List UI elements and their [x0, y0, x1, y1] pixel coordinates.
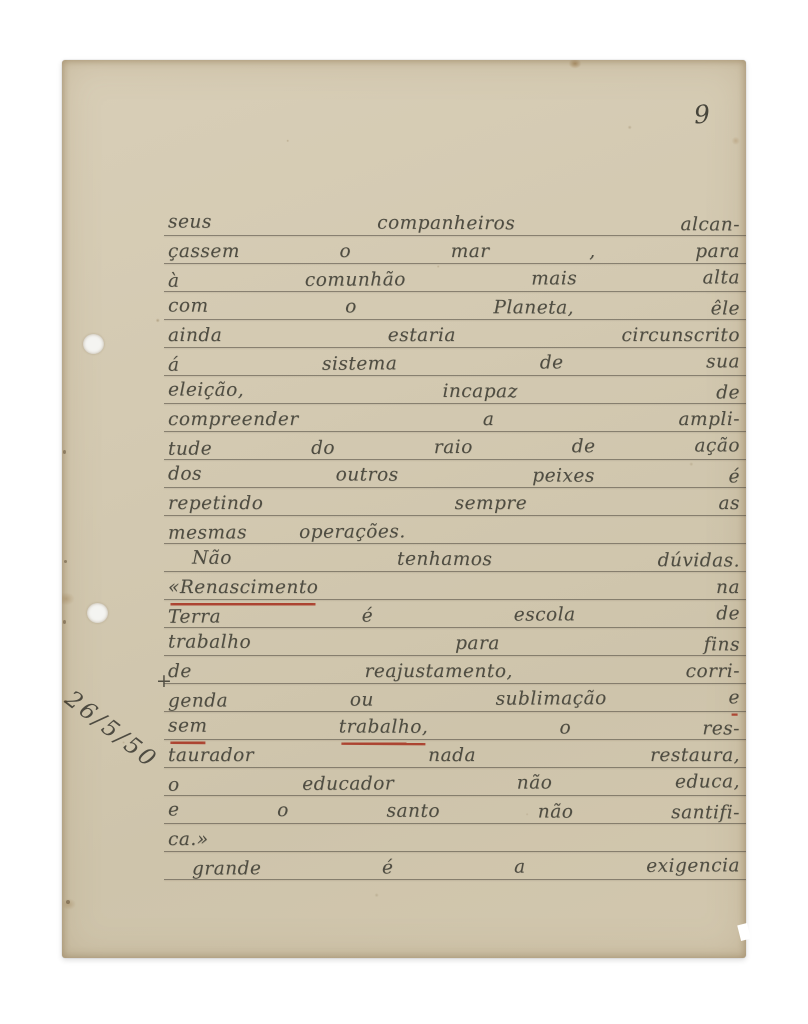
manuscript-line: mesmasoperações. [168, 517, 740, 547]
manuscript-word: «Renascimento [168, 573, 318, 603]
manuscript-word: companheiros [377, 209, 515, 240]
manuscript-word: o [559, 714, 571, 744]
manuscript-word: alcan- [680, 210, 740, 240]
manuscript-line: eleição,incapazde [168, 377, 740, 407]
manuscript-line: àcomunhãomaisalta [168, 265, 740, 295]
manuscript-word: não [538, 797, 574, 827]
manuscript-line: repetindosempreas [168, 489, 740, 519]
foxing-speck [64, 560, 67, 563]
manuscript-word: é [728, 462, 740, 492]
manuscript-word: é [362, 601, 374, 631]
foxing-speck [63, 620, 66, 624]
manuscript-word: ou [350, 685, 374, 715]
manuscript-line: çassemomar,para [168, 237, 740, 267]
foxing-speck [64, 700, 67, 703]
manuscript-line: tauradornadarestaura, [168, 741, 740, 771]
manuscript-word: seus [168, 208, 212, 238]
manuscript-line: gendaousublimaçãoe [168, 685, 740, 715]
manuscript-word: outros [336, 460, 399, 490]
manuscript-word: eleição, [168, 376, 244, 406]
manuscript-word: não [517, 768, 553, 798]
manuscript-word: fins [704, 630, 740, 660]
manuscript-word: a [514, 853, 526, 883]
manuscript-line: oeducadornãoeduca, [168, 769, 740, 799]
manuscript-line: ca.» [168, 825, 740, 855]
manuscript-word: peixes [532, 461, 595, 491]
scanned-document: 9 26/5/50 + seuscompanheirosalcan-çassem… [0, 0, 808, 1024]
manuscript-word: êle [711, 294, 740, 324]
manuscript-line: compreenderaampli- [168, 405, 740, 435]
manuscript-word: o [345, 292, 357, 322]
manuscript-word: ainda [168, 321, 222, 351]
manuscript-word: mar [451, 237, 490, 267]
manuscript-word: taurador [168, 741, 254, 771]
manuscript-word: sem [168, 712, 208, 742]
manuscript-word: santo [386, 797, 440, 827]
manuscript-line: aindaestariacircunscrito [168, 321, 740, 351]
manuscript-word: de [716, 599, 740, 629]
manuscript-word: para [455, 629, 500, 659]
manuscript-word: de [716, 378, 740, 408]
manuscript-word: com [168, 292, 209, 322]
manuscript-word: compreender [168, 405, 299, 435]
manuscript-line: «Renascimentona [168, 573, 740, 603]
manuscript-word: alta [702, 263, 740, 293]
manuscript-line: grandeéaexigencia [168, 853, 740, 883]
manuscript-word: trabalho [168, 628, 251, 658]
manuscript-word: grande [192, 854, 262, 884]
manuscript-word: raio [434, 433, 473, 463]
manuscript-word: mais [531, 264, 577, 294]
manuscript-word: santifi- [671, 798, 740, 828]
manuscript-word: estaria [388, 321, 456, 351]
manuscript-word: tenhamos [397, 545, 493, 575]
manuscript-line: eosantonãosantifi- [168, 797, 740, 827]
manuscript-word: res- [702, 714, 740, 744]
manuscript-word: e [168, 796, 180, 826]
manuscript-word: ação [694, 431, 740, 461]
manuscript-word: repetindo [168, 489, 263, 519]
manuscript-word: escola [514, 600, 576, 630]
manuscript-paper-sheet: 9 26/5/50 + seuscompanheirosalcan-çassem… [62, 60, 746, 958]
manuscript-line: trabalhoparafins [168, 629, 740, 659]
manuscript-line: dereajustamento,corri- [168, 657, 740, 687]
manuscript-word: incapaz [442, 377, 517, 407]
manuscript-word: trabalho, [339, 712, 429, 742]
foxing-speck [66, 900, 70, 904]
manuscript-word: reajustamento, [365, 657, 513, 687]
manuscript-word: o [339, 237, 351, 267]
manuscript-word: de [572, 432, 596, 462]
manuscript-word: dúvidas. [658, 546, 741, 576]
manuscript-line: tudedoraiodeação [168, 433, 740, 463]
manuscript-word: o [277, 796, 289, 826]
manuscript-line: dosoutrospeixesé [168, 461, 740, 491]
manuscript-line: Nãotenhamosdúvidas. [168, 545, 740, 575]
manuscript-line: comoPlaneta,êle [168, 293, 740, 323]
manuscript-line: Terraéescolade [168, 601, 740, 631]
manuscript-word: sublimação [496, 684, 607, 715]
manuscript-lines: seuscompanheirosalcan-çassemomar,paraàco… [62, 60, 746, 958]
manuscript-word: é [382, 853, 394, 883]
manuscript-word: exigencia [646, 851, 740, 882]
manuscript-word: a [483, 405, 495, 435]
manuscript-word: dos [168, 460, 202, 490]
manuscript-word: Planeta, [493, 293, 574, 323]
manuscript-word: çassem [168, 237, 240, 267]
manuscript-word: sua [706, 347, 740, 377]
manuscript-word: , [589, 237, 595, 267]
manuscript-word: educa, [675, 767, 740, 797]
manuscript-word: ca.» [168, 825, 209, 855]
manuscript-word: nada [428, 741, 476, 771]
manuscript-word: de [540, 348, 564, 378]
manuscript-line: ásistemadesua [168, 349, 740, 379]
manuscript-word: sistema [322, 349, 398, 379]
manuscript-word: de [168, 657, 192, 687]
foxing-speck [63, 450, 66, 454]
manuscript-word: e [728, 683, 740, 713]
manuscript-line: semtrabalho,ores- [168, 713, 740, 743]
manuscript-line: seuscompanheirosalcan- [168, 209, 740, 239]
manuscript-word: sempre [455, 489, 528, 519]
manuscript-word: Não [192, 544, 232, 574]
